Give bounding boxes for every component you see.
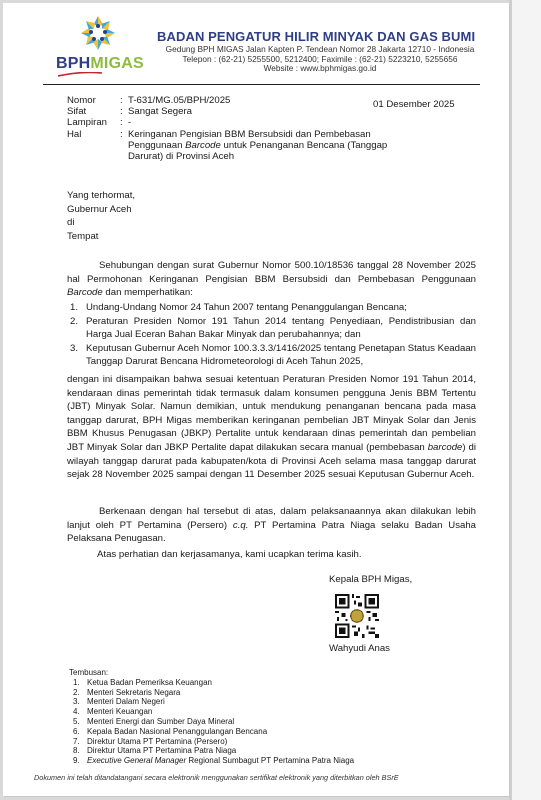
meta-colon: :: [120, 95, 128, 106]
signatory-name: Wahyudi Anas: [329, 643, 390, 654]
electronic-signature-note: Dokumen ini telah ditandatangani secara …: [34, 773, 399, 782]
logo-wordmark-bph: BPH: [56, 55, 90, 72]
letter-subject: Keringanan Pengisian BBM Bersubsidi dan …: [128, 129, 418, 163]
bphmigas-logo: BPHMIGAS: [56, 15, 118, 73]
carbon-copy-section: Tembusan: 1.Ketua Badan Pemeriksa Keuang…: [69, 668, 354, 766]
letter-meta: Nomor : T-631/MG.05/BPH/2025 Sifat : San…: [67, 95, 418, 162]
salutation: Yang terhormat,: [67, 189, 135, 203]
list-item: 9.Executive General Manager Regional Sum…: [69, 756, 354, 766]
recipient-place: Tempat: [67, 230, 135, 244]
list-item: 2.Menteri Sekretaris Negara: [69, 688, 354, 698]
meta-row-subject: Hal : Keringanan Pengisian BBM Bersubsid…: [67, 129, 418, 163]
list-item: 4.Menteri Keuangan: [69, 707, 354, 717]
list-item: 2.Peraturan Presiden Nomor 191 Tahun 201…: [67, 315, 476, 342]
meta-label: Hal: [67, 129, 120, 163]
list-item: 3.Keputusan Gubernur Aceh Nomor 100.3.3.…: [67, 342, 476, 369]
meta-colon: :: [120, 106, 128, 117]
meta-label: Nomor: [67, 95, 120, 106]
cc-heading: Tembusan:: [69, 668, 354, 678]
cc-list: 1.Ketua Badan Pemeriksa Keuangan 2.Mente…: [69, 678, 354, 766]
paragraph-implementation: Berkenaan dengan hal tersebut di atas, d…: [67, 505, 476, 546]
addressee: Yang terhormat, Gubernur Aceh di Tempat: [67, 189, 135, 243]
organization-website: Website : www.bphmigas.go.id: [155, 64, 485, 74]
list-item: 3.Menteri Dalam Negeri: [69, 697, 354, 707]
paragraph-main: dengan ini disampaikan bahwa sesuai kete…: [67, 373, 476, 482]
letter-attachment: -: [128, 117, 418, 128]
list-item: 6.Kepala Badan Nasional Penanggulangan B…: [69, 727, 354, 737]
page-edge: [509, 0, 541, 800]
signatory-title: Kepala BPH Migas,: [329, 574, 412, 585]
organization-name: BADAN PENGATUR HILIR MINYAK DAN GAS BUMI: [157, 29, 475, 44]
letter-date: 01 Desember 2025: [373, 99, 455, 110]
meta-label: Lampiran: [67, 117, 120, 128]
considerations-list: 1.Undang-Undang Nomor 24 Tahun 2007 tent…: [67, 301, 476, 369]
meta-label: Sifat: [67, 106, 120, 117]
letterhead-divider: [43, 84, 480, 85]
paragraph-opening: Sehubungan dengan surat Gubernur Nomor 5…: [67, 259, 476, 300]
meta-row-nature: Sifat : Sangat Segera: [67, 106, 418, 117]
list-item: 5.Menteri Energi dan Sumber Daya Mineral: [69, 717, 354, 727]
qr-code-signature-icon: [335, 594, 379, 638]
logo-wordmark-migas: MIGAS: [90, 55, 143, 72]
list-item: 1.Undang-Undang Nomor 24 Tahun 2007 tent…: [67, 301, 476, 315]
list-item: 1.Ketua Badan Pemeriksa Keuangan: [69, 678, 354, 688]
meta-colon: :: [120, 129, 128, 163]
meta-colon: :: [120, 117, 128, 128]
letter-page: BPHMIGAS BADAN PENGATUR HILIR MINYAK DAN…: [3, 3, 509, 796]
list-item: 7.Direktur Utama PT Pertamina (Persero): [69, 737, 354, 747]
recipient: Gubernur Aceh: [67, 203, 135, 217]
meta-row-number: Nomor : T-631/MG.05/BPH/2025: [67, 95, 418, 106]
list-item: 8.Direktur Utama PT Pertamina Patra Niag…: [69, 746, 354, 756]
meta-row-attachment: Lampiran : -: [67, 117, 418, 128]
organization-contact: Gedung BPH MIGAS Jalan Kapten P. Tendean…: [155, 45, 485, 74]
logo-wordmark: BPHMIGAS: [56, 55, 144, 73]
star-emblem-icon: [80, 15, 116, 51]
logo-swoosh-icon: [58, 72, 102, 77]
paragraph-closing: Atas perhatian dan kerjasamanya, kami uc…: [67, 548, 476, 562]
recipient-preposition: di: [67, 216, 135, 230]
